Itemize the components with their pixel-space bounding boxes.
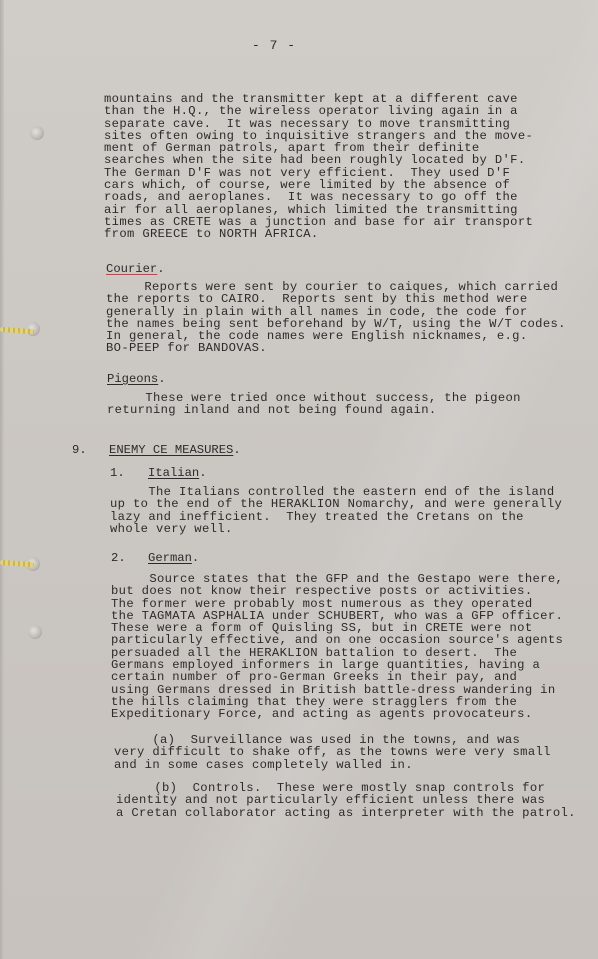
page-number: - 7 - (252, 38, 296, 53)
text-line: identity and not particularly efficient … (116, 794, 576, 806)
paragraph-continuation: mountains and the transmitter kept at a … (104, 93, 533, 241)
text-line: from GREECE to NORTH AFRICA. (104, 228, 533, 240)
italian-body: The Italians controlled the eastern end … (110, 486, 562, 535)
punch-hole (28, 625, 42, 639)
text-line: Expeditionary Force, and acting as agent… (111, 708, 563, 720)
section-heading: ENEMY CE MEASURES. (109, 443, 241, 457)
text-line: whole very well. (110, 523, 562, 535)
text-line: BO-PEEP for BANDOVAS. (106, 342, 566, 354)
text-line: searches when the site had been roughly … (104, 154, 533, 166)
text-line: returning inland and not being found aga… (107, 404, 521, 416)
text-line: very difficult to shake off, as the town… (114, 746, 551, 758)
binding-string (0, 327, 34, 334)
text-line: particularly effective, and on one occas… (111, 634, 563, 646)
text-line: certain number of pro-German Greeks in t… (111, 671, 563, 683)
german-body: Source states that the GFP and the Gesta… (111, 573, 563, 721)
courier-body: Reports were sent by courier to caiques,… (106, 281, 566, 355)
pigeons-heading: Pigeons. (107, 372, 166, 386)
binding-string (0, 560, 34, 567)
punch-hole (30, 126, 44, 140)
text-line: and in some cases completely walled in. (114, 759, 551, 771)
italian-heading: Italian. (148, 466, 207, 480)
surveillance-paragraph: (a) Surveillance was used in the towns, … (114, 734, 551, 771)
text-line: but does not know their respective posts… (111, 585, 563, 597)
text-line: than the H.Q., the wireless operator liv… (104, 105, 533, 117)
text-line: roads, and aeroplanes. It was necessary … (104, 191, 533, 203)
pigeons-body: These were tried once without success, t… (107, 392, 521, 417)
german-heading: German. (148, 551, 199, 565)
subsection-number-german: 2. (111, 551, 126, 565)
text-line: a Cretan collaborator acting as interpre… (116, 807, 576, 819)
controls-paragraph: (b) Controls. These were mostly snap con… (116, 782, 576, 819)
section-number: 9. (72, 443, 87, 457)
courier-heading: Courier. (106, 262, 165, 276)
document-page: - 7 - mountains and the transmitter kept… (0, 0, 598, 959)
text-line: up to the end of the HERAKLION Nomarchy,… (110, 498, 562, 510)
page-edge (0, 0, 4, 959)
subsection-number-italian: 1. (110, 466, 125, 480)
text-line: the reports to CAIRO. Reports sent by th… (106, 293, 566, 305)
